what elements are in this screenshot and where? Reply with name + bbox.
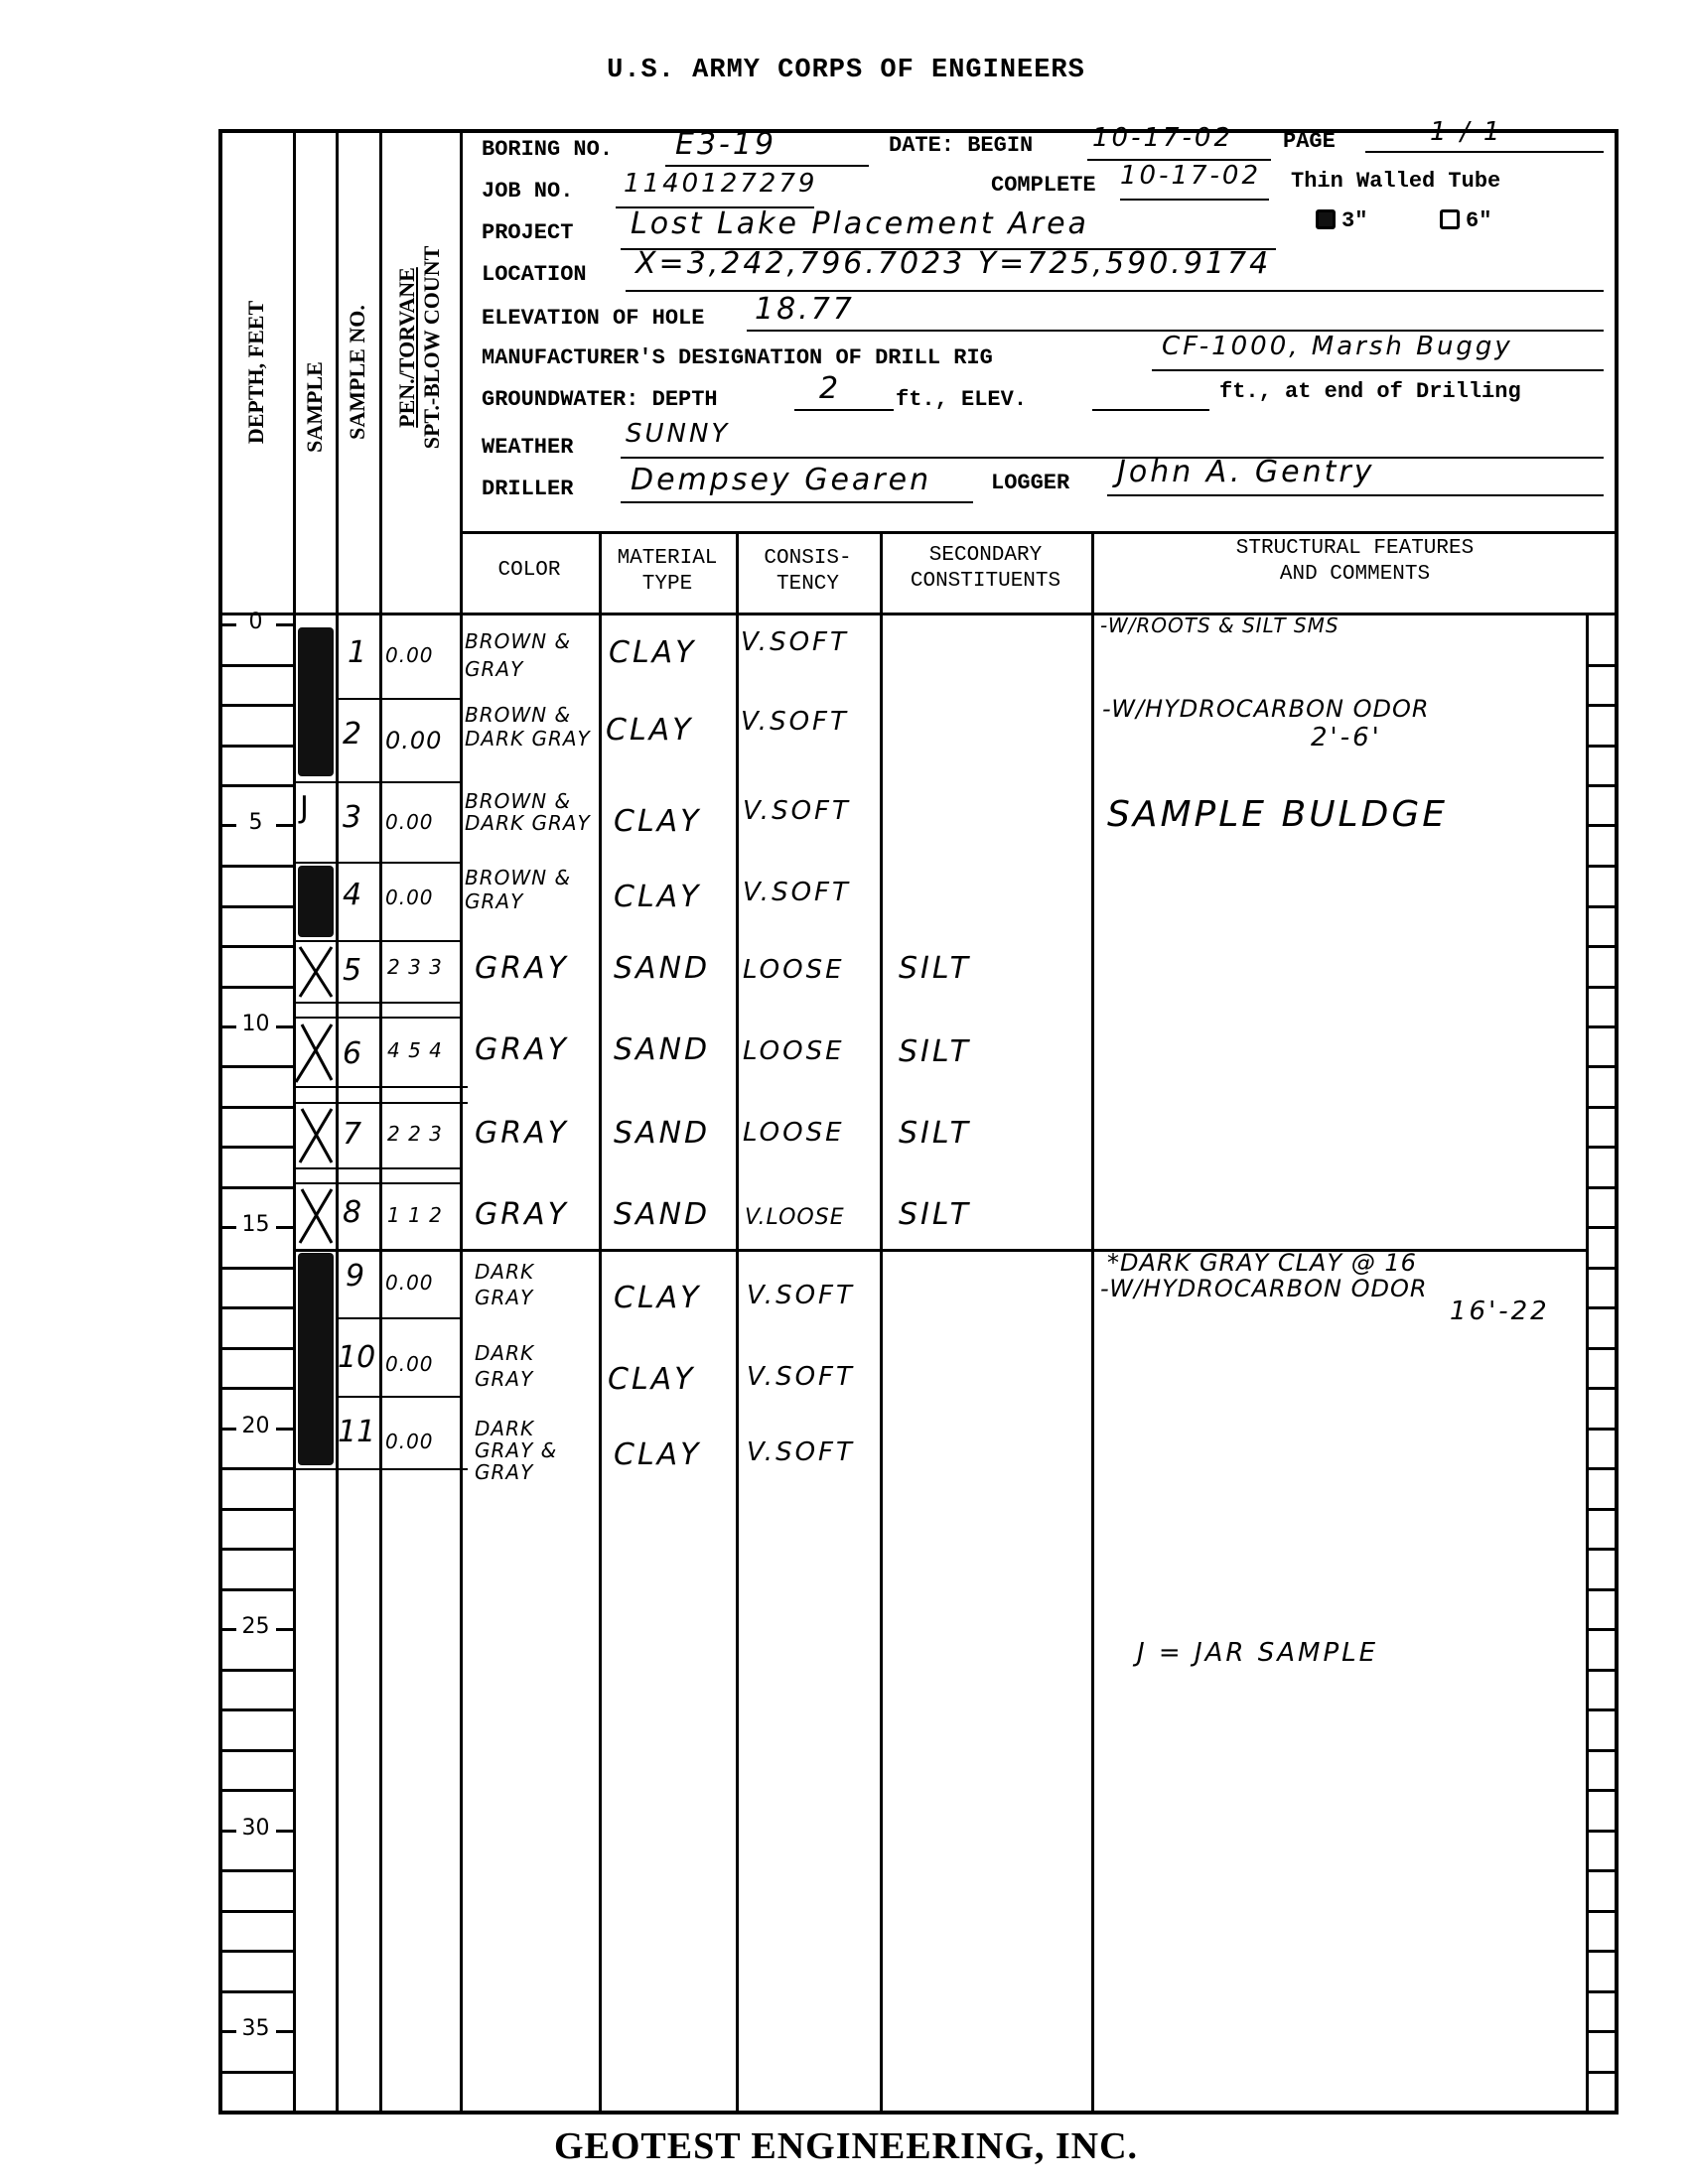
- tick: [276, 1830, 293, 1833]
- depth-gridline: [222, 1548, 293, 1551]
- sample-separator: [294, 1182, 460, 1184]
- tube-6in-label: 6": [1466, 208, 1491, 233]
- complete-label: COMPLETE: [991, 173, 1096, 198]
- tick: [1589, 1025, 1615, 1028]
- pen-torvane-header: PEN./TORVANE: [394, 267, 420, 428]
- depth-gridline: [222, 1990, 293, 1993]
- tick: [1589, 2071, 1615, 2074]
- sample-no: 2: [343, 717, 364, 751]
- pen-value: 0.00: [385, 1430, 434, 1453]
- sample-no-header: SAMPLE NO.: [345, 305, 370, 440]
- tick: [222, 1025, 236, 1028]
- pen-value: 0.00: [385, 1271, 434, 1295]
- color-value: BROWN & GRAY: [465, 866, 594, 913]
- color-value: GRAY: [475, 1032, 569, 1067]
- comment-hydrocarbon-odor: -W/HYDROCARBON ODOR: [1102, 695, 1430, 723]
- tick: [1589, 704, 1615, 707]
- tick: [1589, 1306, 1615, 1309]
- column-header-consistency: CONSIS-TENCY: [736, 546, 880, 598]
- column-header-structural: STRUCTURAL FEATURESAND COMMENTS: [1091, 536, 1619, 588]
- depth-label-10: 10: [218, 1012, 293, 1036]
- pen-value: 0.00: [385, 886, 434, 909]
- tick: [1589, 1588, 1615, 1591]
- page-value: 1 / 1: [1430, 117, 1502, 147]
- depth-gridline: [222, 1950, 293, 1953]
- tube-3in-label: 3": [1341, 208, 1367, 233]
- sample-separator: [336, 698, 460, 700]
- tick: [222, 1428, 236, 1431]
- consistency-value: V.SOFT: [741, 707, 849, 737]
- tick: [1589, 905, 1615, 908]
- secondary-header-line1: SECONDARY: [880, 543, 1091, 569]
- divider: [379, 129, 382, 2115]
- depth-gridline: [222, 1467, 293, 1470]
- underline: [621, 457, 1604, 459]
- underline: [1152, 369, 1604, 371]
- checkbox-checked-icon[interactable]: [1316, 209, 1336, 229]
- legend-jar-sample: J = JAR SAMPLE: [1137, 1638, 1378, 1668]
- tick: [222, 1830, 236, 1833]
- depth-gridline: [222, 1267, 293, 1270]
- divider: [599, 531, 602, 2115]
- tube-sample-marker: [298, 866, 334, 937]
- consistency-value: LOOSE: [743, 1036, 845, 1066]
- date-begin-value: 10-17-02: [1092, 123, 1233, 153]
- consistency-value: V.SOFT: [747, 1281, 855, 1310]
- divider: [736, 531, 739, 2115]
- material-value: CLAY: [614, 804, 702, 839]
- tube-sample-marker: [298, 1253, 334, 1465]
- comment-dark-gray-clay: *DARK GRAY CLAY @ 16: [1107, 1249, 1417, 1277]
- divider: [1091, 531, 1094, 2115]
- material-header-line2: TYPE: [599, 572, 736, 598]
- tick: [276, 2030, 293, 2033]
- depth-label-20: 20: [218, 1414, 293, 1438]
- sample-separator: [294, 940, 460, 942]
- tick: [1589, 1186, 1615, 1189]
- consistency-header-line1: CONSIS-: [736, 546, 880, 572]
- depth-gridline: [222, 945, 293, 948]
- weather-label: WEATHER: [482, 435, 573, 460]
- drill-rig-label: MANUFACTURER'S DESIGNATION OF DRILL RIG: [482, 345, 993, 370]
- depth-gridline: [222, 1106, 293, 1109]
- groundwater-label: GROUNDWATER: DEPTH: [482, 387, 718, 412]
- comment-depth-range: 2'-6': [1311, 723, 1382, 752]
- tick: [222, 1226, 236, 1229]
- depth-gridline: [222, 1508, 293, 1511]
- consistency-value: V.SOFT: [743, 878, 851, 907]
- divider: [460, 531, 1619, 534]
- divider: [218, 613, 1619, 615]
- depth-gridline: [222, 986, 293, 989]
- tick: [1589, 1347, 1615, 1350]
- company-footer: GEOTEST ENGINEERING, INC.: [0, 2124, 1692, 2168]
- tick: [1589, 1428, 1615, 1431]
- tick: [276, 1025, 293, 1028]
- material-value: CLAY: [614, 1437, 702, 1472]
- sample-no: 1: [348, 635, 369, 670]
- color-value: BROWN & GRAY: [465, 627, 594, 683]
- depth-header: DEPTH, FEET: [243, 301, 269, 444]
- tick: [1589, 784, 1615, 787]
- material-value: SAND: [614, 1197, 710, 1232]
- depth-gridline: [222, 1910, 293, 1913]
- depth-gridline: [222, 1588, 293, 1591]
- depth-label-35: 35: [218, 2016, 293, 2041]
- color-value: GRAY: [475, 951, 569, 986]
- elevation-value: 18.77: [755, 292, 855, 327]
- spt-sample-x-icon: [296, 943, 336, 1001]
- tick: [1589, 1910, 1615, 1913]
- tick: [1589, 1950, 1615, 1953]
- boring-no-value: E3-19: [675, 127, 776, 162]
- sample-no: 8: [343, 1195, 364, 1230]
- tick: [1589, 1869, 1615, 1872]
- secondary-value: SILT: [899, 951, 971, 986]
- sample-separator: [294, 781, 460, 783]
- pen-value: 0.00: [385, 810, 434, 834]
- tick: [222, 1628, 236, 1631]
- underline: [1365, 151, 1604, 153]
- tick: [1589, 824, 1615, 827]
- consistency-value: LOOSE: [743, 1118, 845, 1148]
- sample-separator: [336, 1317, 460, 1319]
- page-label: PAGE: [1283, 129, 1336, 154]
- material-value: CLAY: [606, 713, 694, 748]
- blow-count-value: 2 3 3: [387, 955, 443, 979]
- spt-sample-x-icon: [296, 1185, 336, 1247]
- weather-value: SUNNY: [626, 419, 730, 449]
- tick: [1589, 1830, 1615, 1833]
- blow-count-value: 1 1 2: [387, 1203, 443, 1227]
- comment-roots-silt: -W/ROOTS & SILT SMS: [1100, 614, 1339, 637]
- color-value: DARK GRAY: [475, 1340, 584, 1392]
- sample-separator: [294, 1468, 468, 1470]
- comment-depth-range-2: 16'-22: [1450, 1297, 1550, 1326]
- material-value: CLAY: [614, 880, 702, 914]
- tick: [222, 2030, 236, 2033]
- elevation-label: ELEVATION OF HOLE: [482, 306, 704, 331]
- underline: [621, 501, 973, 503]
- tick: [1589, 1789, 1615, 1792]
- depth-gridline: [222, 1749, 293, 1752]
- depth-gridline: [222, 1347, 293, 1350]
- sample-no: 9: [346, 1259, 367, 1294]
- sample-separator: [294, 1167, 460, 1169]
- tick: [1589, 1548, 1615, 1551]
- consistency-value: V.SOFT: [747, 1362, 855, 1392]
- spt-blow-count-header: SPT.-BLOW COUNT: [419, 246, 445, 450]
- sample-no: 6: [343, 1036, 364, 1071]
- consistency-value: V.SOFT: [741, 627, 849, 657]
- underline: [665, 165, 869, 167]
- comment-hydrocarbon-odor-2: -W/HYDROCARBON ODOR: [1100, 1275, 1428, 1302]
- column-header-secondary: SECONDARYCONSTITUENTS: [880, 543, 1091, 595]
- divider: [336, 129, 339, 2115]
- structural-header-line2: AND COMMENTS: [1091, 562, 1619, 588]
- tick: [1589, 865, 1615, 868]
- underline: [1107, 494, 1604, 496]
- structural-header-line1: STRUCTURAL FEATURES: [1091, 536, 1619, 562]
- boring-no-label: BORING NO.: [482, 137, 613, 162]
- tick: [1589, 1749, 1615, 1752]
- depth-gridline: [222, 1186, 293, 1189]
- depth-gridline: [222, 784, 293, 787]
- consistency-value: V.SOFT: [747, 1437, 855, 1467]
- depth-gridline: [222, 664, 293, 667]
- consistency-value: LOOSE: [743, 955, 845, 985]
- checkbox-empty-icon[interactable]: [1440, 209, 1460, 229]
- tick: [1589, 1990, 1615, 1993]
- tick: [222, 623, 236, 626]
- depth-gridline: [222, 1387, 293, 1390]
- spt-sample-x-icon: [296, 1021, 336, 1084]
- tick: [1589, 945, 1615, 948]
- pen-value: 0.00: [385, 1352, 434, 1376]
- sample-separator: [294, 862, 460, 864]
- pen-value: 0.00: [385, 727, 442, 754]
- tick: [276, 824, 293, 827]
- thin-walled-tube-label: Thin Walled Tube: [1291, 169, 1500, 194]
- secondary-value: SILT: [899, 1197, 971, 1232]
- color-value: DARK GRAY: [475, 1259, 584, 1310]
- depth-label-15: 15: [218, 1212, 293, 1237]
- color-value: BROWN & DARK GRAY: [465, 703, 594, 751]
- drill-rig-value: CF-1000, Marsh Buggy: [1162, 332, 1513, 361]
- depth-gridline: [222, 1146, 293, 1149]
- sample-no: 3: [343, 800, 364, 835]
- tick: [1589, 1508, 1615, 1511]
- driller-value: Dempsey Gearen: [631, 463, 931, 497]
- material-value: SAND: [614, 1032, 710, 1067]
- sample-no: 7: [343, 1117, 364, 1152]
- depth-label-5: 5: [218, 810, 293, 835]
- tick: [1589, 1146, 1615, 1149]
- depth-label-30: 30: [218, 1816, 293, 1841]
- date-complete-value: 10-17-02: [1120, 161, 1261, 191]
- consistency-value: V.SOFT: [743, 796, 851, 826]
- ft-elev-label: ft., ELEV.: [896, 387, 1027, 412]
- tick: [1589, 745, 1615, 748]
- material-value: SAND: [614, 1116, 710, 1151]
- tick: [1589, 1226, 1615, 1229]
- end-of-drilling-label: ft., at end of Drilling: [1219, 379, 1521, 404]
- tick: [276, 1428, 293, 1431]
- pen-value: 0.00: [385, 643, 434, 667]
- job-no-value: 1140127279: [624, 169, 817, 199]
- sample-separator: [336, 1396, 460, 1398]
- tick: [222, 824, 236, 827]
- depth-gridline: [222, 1306, 293, 1309]
- consistency-header-line2: TENCY: [736, 572, 880, 598]
- divider: [1586, 613, 1589, 2112]
- tick: [1589, 1387, 1615, 1390]
- comment-sample-bulge: SAMPLE BULDGE: [1107, 794, 1448, 835]
- logger-value: John A. Gentry: [1117, 455, 1375, 489]
- tick: [276, 1226, 293, 1229]
- material-value: CLAY: [614, 1281, 702, 1315]
- sample-separator: [294, 1102, 468, 1104]
- underline: [1120, 199, 1269, 201]
- depth-gridline: [222, 1869, 293, 1872]
- secondary-header-line2: CONSTITUENTS: [880, 569, 1091, 595]
- material-value: SAND: [614, 951, 710, 986]
- project-value: Lost Lake Placement Area: [631, 206, 1089, 241]
- material-value: CLAY: [609, 635, 697, 670]
- underline: [794, 409, 894, 411]
- material-header-line1: MATERIAL: [599, 546, 736, 572]
- location-value: X=3,242,796.7023 Y=725,590.9174: [635, 246, 1271, 281]
- sample-no: 5: [343, 953, 364, 988]
- depth-gridline: [222, 745, 293, 748]
- page-title: U.S. ARMY CORPS OF ENGINEERS: [0, 56, 1692, 85]
- project-label: PROJECT: [482, 220, 573, 245]
- location-label: LOCATION: [482, 262, 587, 287]
- depth-gridline: [222, 1708, 293, 1711]
- tick: [1589, 1267, 1615, 1270]
- depth-gridline: [222, 1789, 293, 1792]
- depth-gridline: [222, 1669, 293, 1672]
- column-header-material: MATERIALTYPE: [599, 546, 736, 598]
- driller-label: DRILLER: [482, 477, 573, 501]
- sample-separator: [294, 1017, 460, 1019]
- groundwater-depth-value: 2: [819, 371, 841, 406]
- color-value: GRAY: [475, 1197, 569, 1232]
- divider: [460, 129, 463, 2115]
- jar-sample-marker: J: [300, 790, 312, 825]
- depth-gridline: [222, 2071, 293, 2074]
- secondary-value: SILT: [899, 1116, 971, 1151]
- secondary-value: SILT: [899, 1034, 971, 1069]
- spt-sample-x-icon: [296, 1105, 336, 1166]
- tick: [1589, 1065, 1615, 1068]
- tick: [1589, 986, 1615, 989]
- tick: [1589, 1467, 1615, 1470]
- tick: [1589, 1708, 1615, 1711]
- sample-no: 10: [338, 1340, 375, 1375]
- depth-label-0: 0: [218, 610, 293, 634]
- tick: [1589, 1628, 1615, 1631]
- tube-sample-marker: [298, 627, 334, 776]
- depth-gridline: [222, 1065, 293, 1068]
- blow-count-value: 2 2 3: [387, 1122, 443, 1146]
- color-value: DARK GRAY & GRAY: [475, 1418, 589, 1483]
- job-no-label: JOB NO.: [482, 179, 573, 204]
- tick: [1589, 664, 1615, 667]
- depth-gridline: [222, 905, 293, 908]
- sample-no: 11: [338, 1415, 375, 1449]
- tick: [276, 623, 293, 626]
- divider: [880, 531, 883, 2115]
- date-begin-label: DATE: BEGIN: [889, 133, 1033, 158]
- sample-separator: [294, 1002, 460, 1004]
- tick: [1589, 2030, 1615, 2033]
- underline: [1092, 409, 1209, 411]
- tick: [1589, 1106, 1615, 1109]
- tube-6in-option[interactable]: 6": [1440, 208, 1491, 233]
- color-value: BROWN & DARK GRAY: [465, 790, 594, 834]
- sample-header: SAMPLE: [302, 361, 328, 453]
- consistency-value: V.LOOSE: [745, 1205, 845, 1230]
- column-header-color: COLOR: [460, 558, 599, 584]
- tick: [276, 1628, 293, 1631]
- color-value: GRAY: [475, 1116, 569, 1151]
- depth-gridline: [222, 865, 293, 868]
- tube-3in-option[interactable]: 3": [1316, 208, 1367, 233]
- tick: [1589, 1669, 1615, 1672]
- blow-count-value: 4 5 4: [387, 1038, 443, 1062]
- depth-label-25: 25: [218, 1614, 293, 1639]
- logger-label: LOGGER: [991, 471, 1069, 495]
- depth-gridline: [222, 704, 293, 707]
- material-value: CLAY: [608, 1362, 696, 1397]
- sample-no: 4: [343, 878, 364, 912]
- sample-separator: [294, 1086, 468, 1088]
